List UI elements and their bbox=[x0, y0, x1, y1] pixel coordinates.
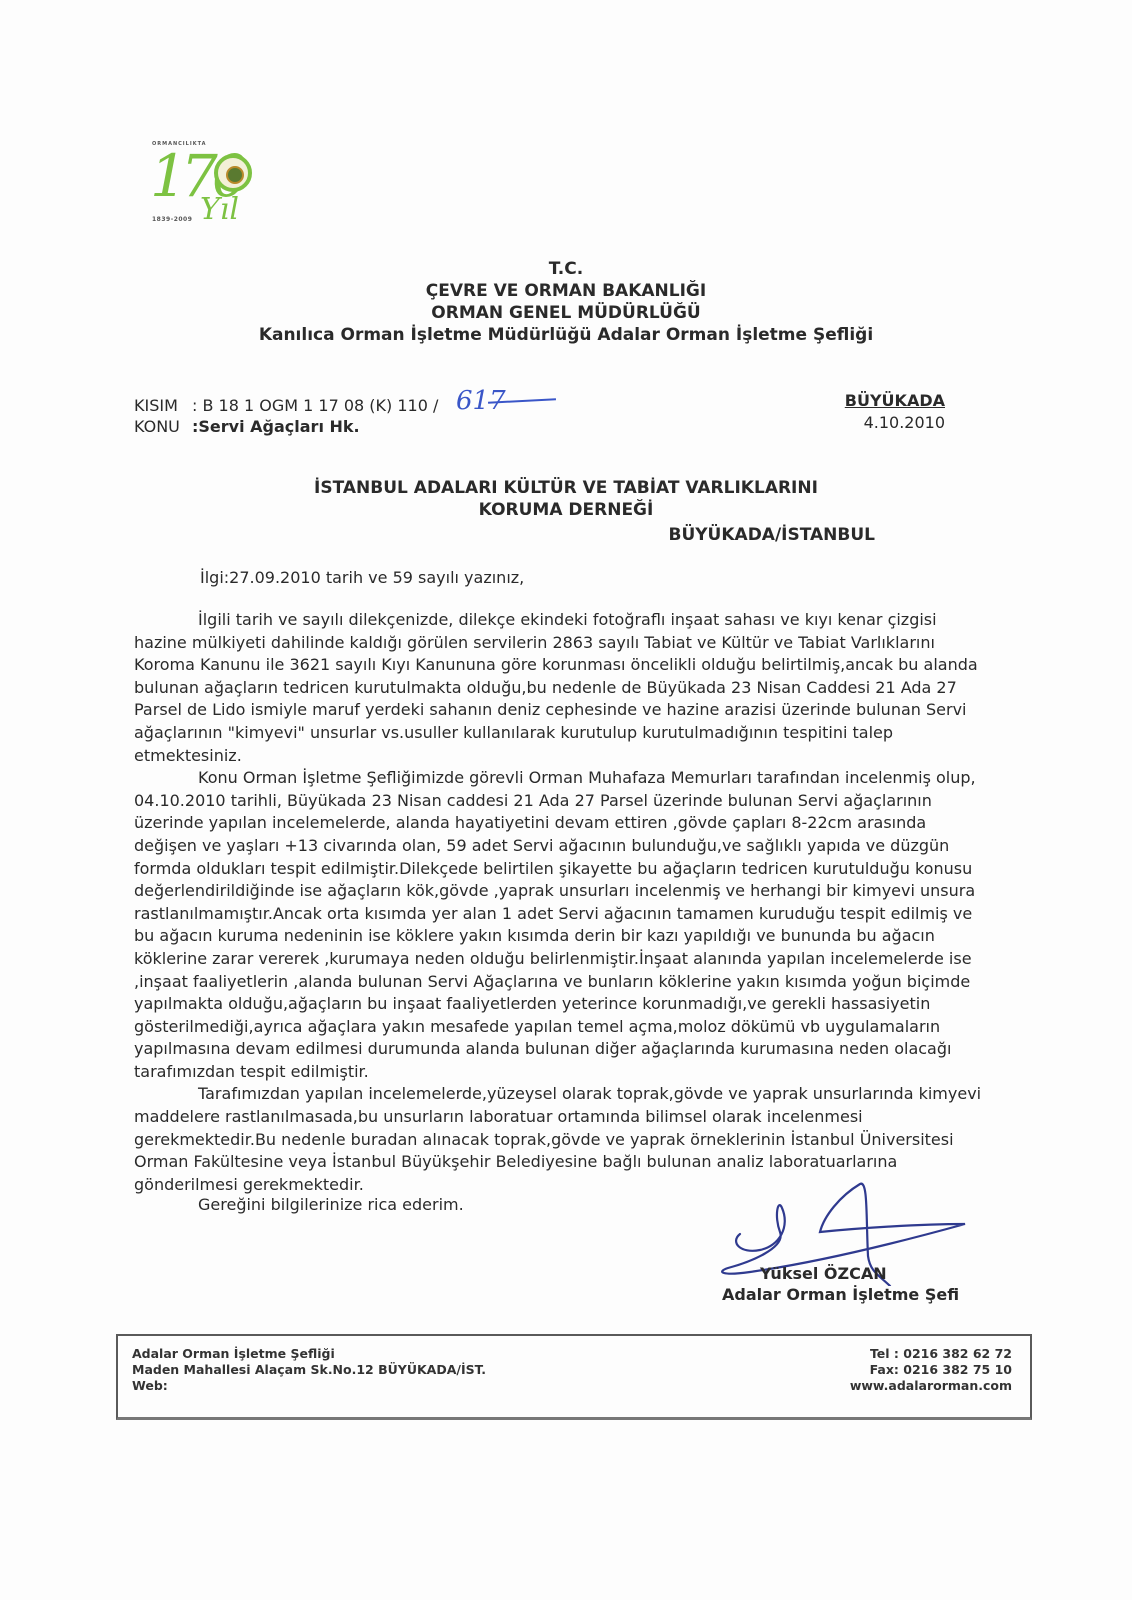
footer-tel: Tel : 0216 382 62 72 bbox=[850, 1346, 1012, 1362]
logo-yil: Yıl bbox=[200, 192, 239, 227]
closing-line: Gereğini bilgilerinize rica ederim. bbox=[198, 1195, 464, 1214]
konu-value: :Servi Ağaçları Hk. bbox=[192, 417, 360, 436]
kisim-value: : B 18 1 OGM 1 17 08 (K) 110 / bbox=[192, 396, 438, 415]
place: BÜYÜKADA bbox=[840, 391, 945, 410]
recipient-line-2: KORUMA DERNEĞİ bbox=[0, 500, 1132, 520]
ilgi-line: İlgi:27.09.2010 tarih ve 59 sayılı yazın… bbox=[200, 568, 524, 587]
signer-name: Yüksel ÖZCAN bbox=[760, 1264, 887, 1283]
header-office: Kanılıca Orman İşletme Müdürlüğü Adalar … bbox=[0, 324, 1132, 346]
footer-website[interactable]: www.adalarorman.com bbox=[850, 1378, 1012, 1394]
paragraph-1: İlgili tarih ve sayılı dilekçenizde, dil… bbox=[134, 609, 984, 767]
signer-title: Adalar Orman İşletme Şefi bbox=[722, 1285, 959, 1304]
header-ministry: ÇEVRE VE ORMAN BAKANLIĞI bbox=[0, 280, 1132, 302]
letter-body: İlgili tarih ve sayılı dilekçenizde, dil… bbox=[134, 609, 984, 1196]
kisim-label: KISIM bbox=[134, 395, 192, 416]
footer-box: Adalar Orman İşletme Şefliği Maden Mahal… bbox=[116, 1334, 1032, 1420]
footer-org: Adalar Orman İşletme Şefliği bbox=[132, 1346, 486, 1362]
reference-block: KISIM: B 18 1 OGM 1 17 08 (K) 110 / KONU… bbox=[134, 395, 438, 437]
recipient-line-1: İSTANBUL ADALARI KÜLTÜR VE TABİAT VARLIK… bbox=[0, 478, 1132, 498]
recipient-line-3: BÜYÜKADA/İSTANBUL bbox=[630, 525, 875, 545]
paragraph-2: Konu Orman İşletme Şefliğimizde görevli … bbox=[134, 767, 984, 1083]
konu-label: KONU bbox=[134, 416, 192, 437]
footer-web-label: Web: bbox=[132, 1378, 486, 1394]
footer-fax: Fax: 0216 382 75 10 bbox=[850, 1362, 1012, 1378]
date: 4.10.2010 bbox=[840, 413, 945, 432]
anniversary-logo: ORMANCILIKTA 170 Yıl 1839-2009 bbox=[140, 136, 260, 231]
header-directorate: ORMAN GENEL MÜDÜRLÜĞÜ bbox=[0, 302, 1132, 324]
footer-address: Maden Mahallesi Alaçam Sk.No.12 BÜYÜKADA… bbox=[132, 1362, 486, 1378]
logo-years: 1839-2009 bbox=[152, 216, 192, 223]
seal-icon bbox=[214, 154, 252, 192]
header-tc: T.C. bbox=[0, 258, 1132, 280]
